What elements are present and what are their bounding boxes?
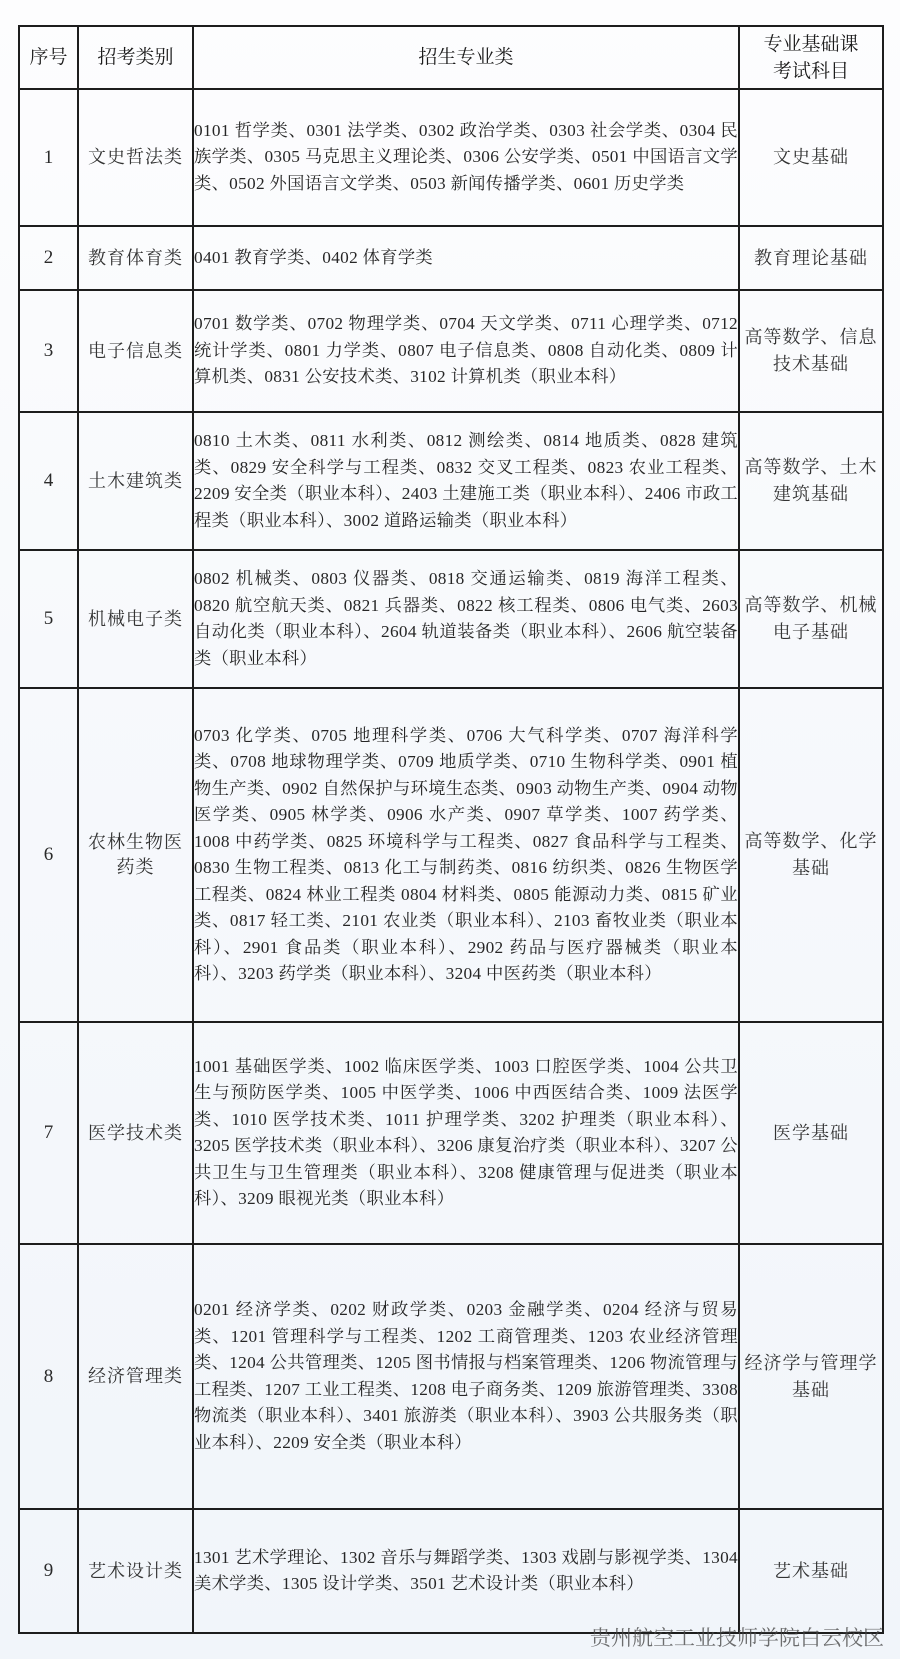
row-no: 8 — [19, 1244, 78, 1509]
row-no: 1 — [19, 89, 78, 226]
row-subject: 高等数学、土木建筑基础 — [739, 412, 883, 550]
row-subject: 教育理论基础 — [739, 226, 883, 290]
row-majors: 0810 土木类、0811 水利类、0812 测绘类、0814 地质类、0828… — [193, 412, 739, 550]
row-majors: 0802 机械类、0803 仪器类、0818 交通运输类、0819 海洋工程类、… — [193, 550, 739, 688]
table-row: 6 农林生物医药类 0703 化学类、0705 地理科学类、0706 大气科学类… — [19, 688, 883, 1022]
row-majors: 1301 艺术学理论、1302 音乐与舞蹈学类、1303 戏剧与影视学类、130… — [193, 1509, 739, 1633]
admission-categories-table: 序号 招考类别 招生专业类 专业基础课 考试科目 1 文史哲法类 0101 哲学… — [18, 25, 884, 1634]
header-subject: 专业基础课 考试科目 — [739, 26, 883, 89]
row-no: 2 — [19, 226, 78, 290]
row-no: 3 — [19, 290, 78, 412]
watermark: 贵州航空工业技师学院白云校区 — [590, 1622, 884, 1652]
header-subject-line1: 专业基础课 — [740, 31, 882, 58]
row-subject: 高等数学、信息技术基础 — [739, 290, 883, 412]
table-row: 1 文史哲法类 0101 哲学类、0301 法学类、0302 政治学类、0303… — [19, 89, 883, 226]
row-subject: 文史基础 — [739, 89, 883, 226]
table-row: 5 机械电子类 0802 机械类、0803 仪器类、0818 交通运输类、081… — [19, 550, 883, 688]
row-majors: 0703 化学类、0705 地理科学类、0706 大气科学类、0707 海洋科学… — [193, 688, 739, 1022]
table-row: 2 教育体育类 0401 教育学类、0402 体育学类 教育理论基础 — [19, 226, 883, 290]
header-no: 序号 — [19, 26, 78, 89]
row-category: 教育体育类 — [78, 226, 193, 290]
row-majors: 0401 教育学类、0402 体育学类 — [193, 226, 739, 290]
table-header-row: 序号 招考类别 招生专业类 专业基础课 考试科目 — [19, 26, 883, 89]
row-category: 土木建筑类 — [78, 412, 193, 550]
row-no: 4 — [19, 412, 78, 550]
row-category: 艺术设计类 — [78, 1509, 193, 1633]
row-majors: 0101 哲学类、0301 法学类、0302 政治学类、0303 社会学类、03… — [193, 89, 739, 226]
row-category: 文史哲法类 — [78, 89, 193, 226]
table-row: 3 电子信息类 0701 数学类、0702 物理学类、0704 天文学类、071… — [19, 290, 883, 412]
row-subject: 高等数学、机械电子基础 — [739, 550, 883, 688]
row-no: 5 — [19, 550, 78, 688]
row-majors: 1001 基础医学类、1002 临床医学类、1003 口腔医学类、1004 公共… — [193, 1022, 739, 1244]
table-row: 7 医学技术类 1001 基础医学类、1002 临床医学类、1003 口腔医学类… — [19, 1022, 883, 1244]
row-category: 医学技术类 — [78, 1022, 193, 1244]
row-subject: 医学基础 — [739, 1022, 883, 1244]
header-category: 招考类别 — [78, 26, 193, 89]
header-subject-line2: 考试科目 — [740, 58, 882, 85]
row-no: 7 — [19, 1022, 78, 1244]
row-majors: 0201 经济学类、0202 财政学类、0203 金融学类、0204 经济与贸易… — [193, 1244, 739, 1509]
row-subject: 高等数学、化学基础 — [739, 688, 883, 1022]
row-subject: 艺术基础 — [739, 1509, 883, 1633]
row-category: 农林生物医药类 — [78, 688, 193, 1022]
row-category: 经济管理类 — [78, 1244, 193, 1509]
row-category: 机械电子类 — [78, 550, 193, 688]
header-majors: 招生专业类 — [193, 26, 739, 89]
row-subject: 经济学与管理学基础 — [739, 1244, 883, 1509]
row-no: 6 — [19, 688, 78, 1022]
row-majors: 0701 数学类、0702 物理学类、0704 天文学类、0711 心理学类、0… — [193, 290, 739, 412]
row-category: 电子信息类 — [78, 290, 193, 412]
table-row: 9 艺术设计类 1301 艺术学理论、1302 音乐与舞蹈学类、1303 戏剧与… — [19, 1509, 883, 1633]
table-row: 8 经济管理类 0201 经济学类、0202 财政学类、0203 金融学类、02… — [19, 1244, 883, 1509]
row-no: 9 — [19, 1509, 78, 1633]
table-row: 4 土木建筑类 0810 土木类、0811 水利类、0812 测绘类、0814 … — [19, 412, 883, 550]
